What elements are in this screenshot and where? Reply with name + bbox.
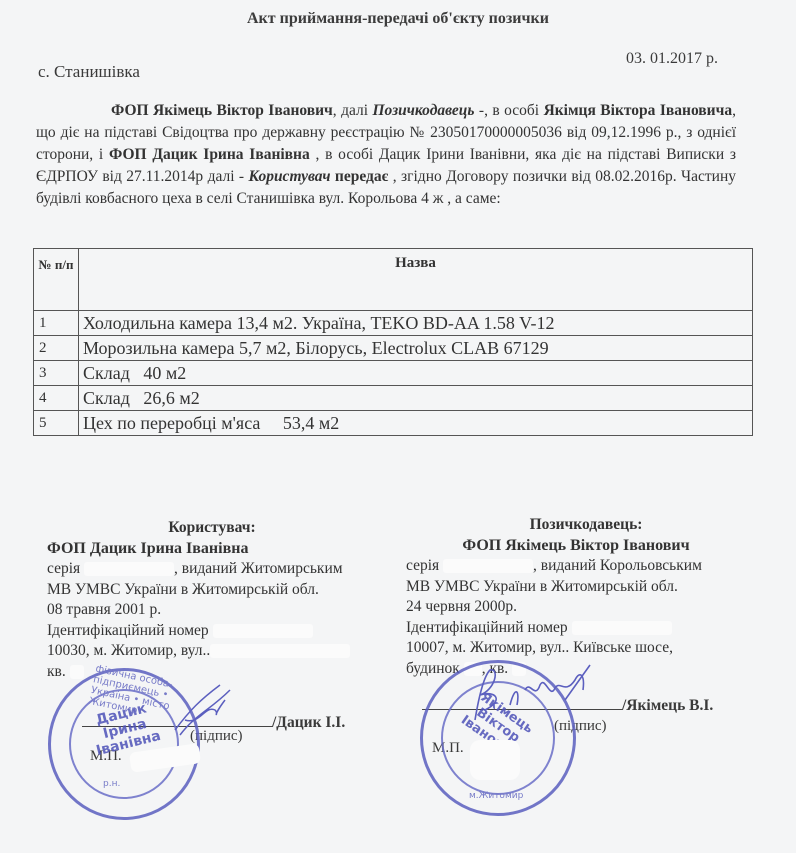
intro-text: , далі	[333, 102, 373, 119]
items-table: № п/п Назва 1Холодильна камера 13,4 м2. …	[33, 248, 753, 436]
user-party-block: Користувач: ФОП Дацик Ірина Іванівна сер…	[47, 518, 407, 682]
header-name: Назва	[79, 249, 753, 311]
lender-handwritten-signature	[455, 660, 605, 730]
table-row: 1Холодильна камера 13,4 м2. Україна, TEK…	[34, 311, 753, 336]
issued-by: , виданий Житомирським	[174, 560, 343, 577]
redacted-field	[470, 740, 520, 780]
transfer-verb: передає	[335, 168, 388, 185]
row-num: 5	[34, 411, 79, 436]
document-place: с. Станишівка	[38, 62, 140, 82]
redacted-field	[210, 644, 350, 658]
redacted-field	[443, 559, 533, 573]
issue-date: 24 червня 2000р.	[406, 597, 766, 618]
user-stamp-bottom: р.н.	[103, 779, 120, 789]
row-name: Морозильна камера 5,7 м2, Білорусь, Elec…	[79, 336, 753, 361]
intro-paragraph: ФОП Якімець Віктор Іванович, далі Позичк…	[36, 100, 736, 210]
user-role: Користувач	[249, 168, 331, 185]
redacted-field	[84, 562, 174, 576]
user-handwritten-signature	[170, 680, 240, 740]
row-num: 3	[34, 361, 79, 386]
row-name: Цех по переробці м'яса 53,4 м2	[79, 411, 753, 436]
lender-person: Якімця Віктора Івановича	[544, 102, 733, 119]
row-num: 1	[34, 311, 79, 336]
address: 10030, м. Житомир, вул..	[47, 642, 210, 659]
issuing-authority: МВ УМВС України в Житомирській обл.	[47, 580, 407, 601]
address: 10007, м. Житомир, вул.. Київське шосе,	[406, 638, 766, 659]
row-num: 2	[34, 336, 79, 361]
lender-stamp-ring-text: м.Житомир	[469, 791, 523, 801]
header-num: № п/п	[34, 249, 79, 311]
user-signature-name: /Дацик І.І.	[272, 714, 345, 731]
lender-signature-name: /Якімець В.І.	[622, 697, 713, 714]
series-label: серія	[406, 557, 439, 574]
lender-role: Позичкодавець	[372, 102, 474, 119]
table-row: 4Склад 26,6 м2	[34, 386, 753, 411]
intro-text: -, в особі	[474, 102, 543, 119]
issuing-authority: МВ УМВС України в Житомирській обл.	[406, 577, 766, 598]
lender-party-name: ФОП Якімець Віктор Іванович	[386, 536, 766, 557]
apartment-label: кв.	[47, 663, 66, 680]
redacted-field	[70, 665, 84, 679]
user-party-header: Користувач:	[17, 518, 407, 539]
document-date: 03. 01.2017 р.	[626, 50, 718, 68]
table-header-row: № п/п Назва	[34, 249, 753, 311]
table-row: 5Цех по переробці м'яса 53,4 м2	[34, 411, 753, 436]
lender-name: ФОП Якімець Віктор Іванович	[111, 102, 333, 119]
row-num: 4	[34, 386, 79, 411]
id-label: Ідентифікаційний номер	[47, 622, 209, 639]
table-row: 2Морозильна камера 5,7 м2, Білорусь, Ele…	[34, 336, 753, 361]
user-name: ФОП Дацик Ірина Іванівна	[109, 146, 310, 163]
user-party-name: ФОП Дацик Ірина Іванівна	[47, 539, 407, 560]
issued-by: , виданий Корольовським	[533, 557, 702, 574]
row-name: Склад 26,6 м2	[79, 386, 753, 411]
lender-party-block: Позичкодавець: ФОП Якімець Віктор Іванов…	[406, 515, 766, 679]
series-label: серія	[47, 560, 80, 577]
document-title: Акт приймання-передачі об'єкту позички	[0, 10, 796, 28]
table-row: 3Склад 40 м2	[34, 361, 753, 386]
redacted-field	[572, 621, 672, 635]
lender-party-header: Позичкодавець:	[406, 515, 766, 536]
id-label: Ідентифікаційний номер	[406, 619, 568, 636]
issue-date: 08 травня 2001 р.	[47, 600, 407, 621]
row-name: Склад 40 м2	[79, 361, 753, 386]
row-name: Холодильна камера 13,4 м2. Україна, TEKO…	[79, 311, 753, 336]
redacted-field	[213, 624, 313, 638]
